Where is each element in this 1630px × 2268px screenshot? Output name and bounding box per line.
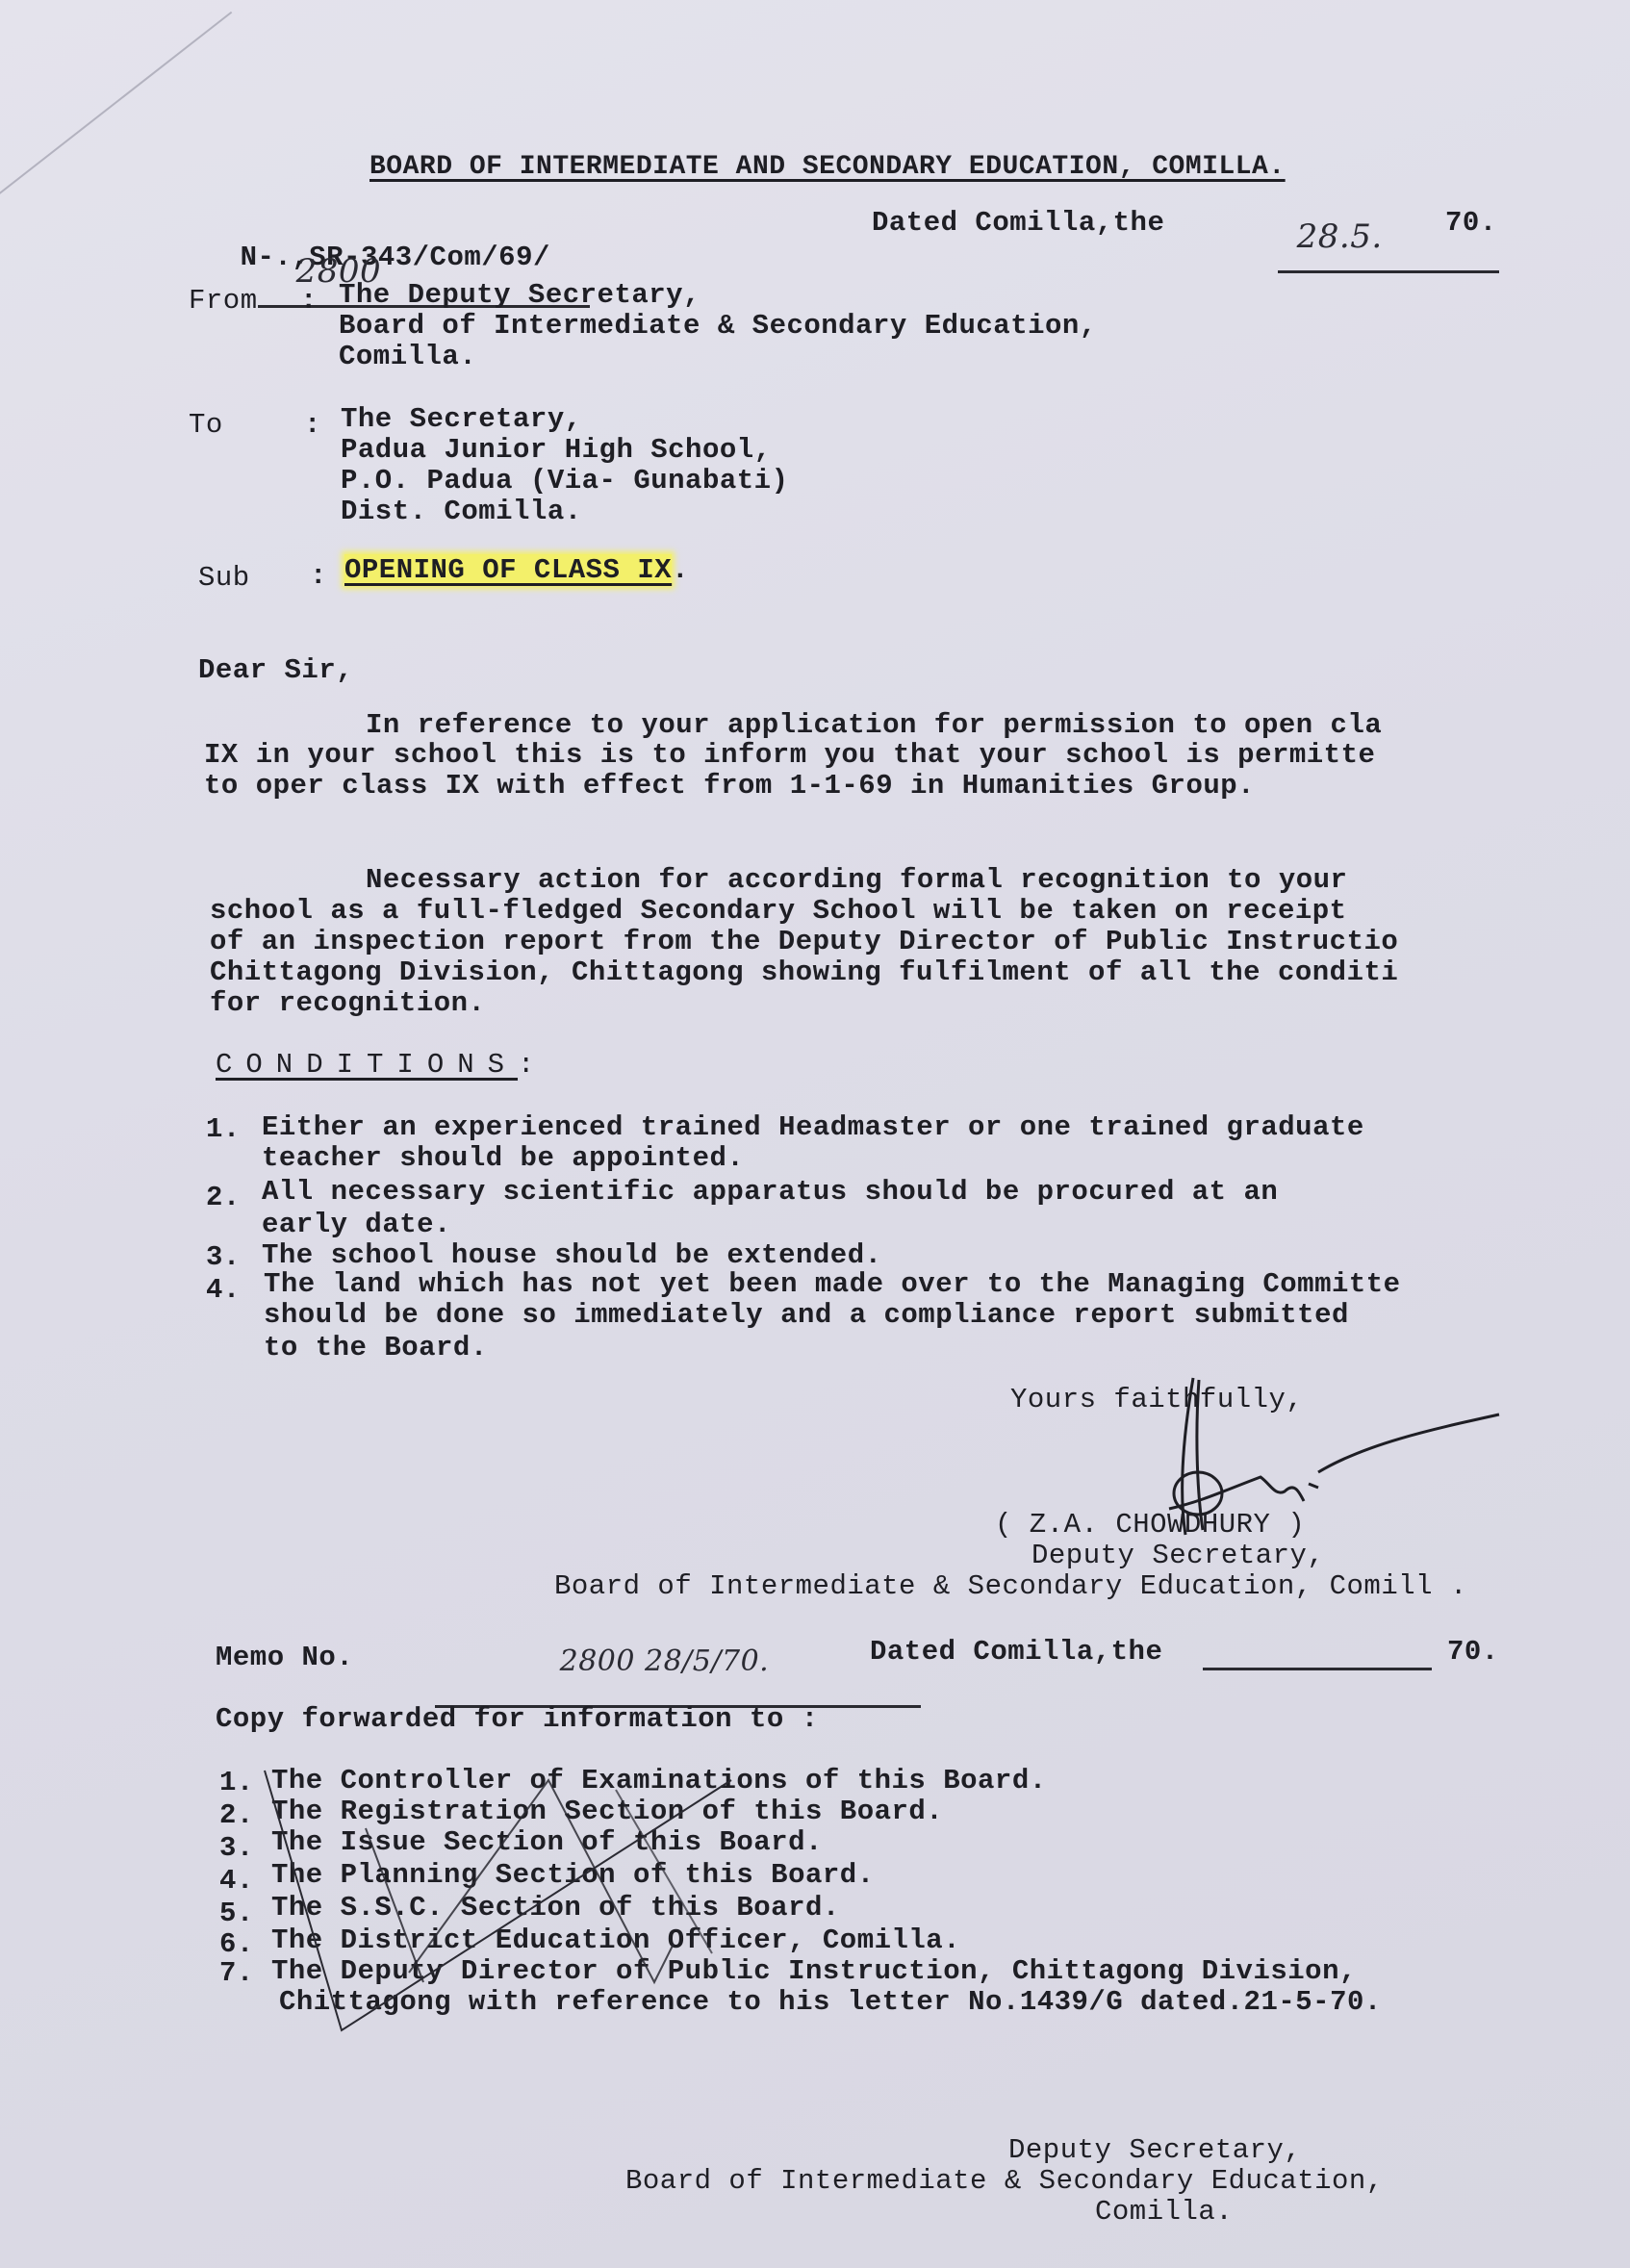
memo-dated-label: Dated Comilla,the xyxy=(870,1636,1162,1668)
to-line-4: Dist. Comilla. xyxy=(341,496,582,527)
condition-1-num: 1. xyxy=(206,1113,241,1145)
condition-1-line-1: Either an experienced trained Headmaster… xyxy=(262,1111,1364,1143)
copy-forwarded-heading: Copy forwarded for information to : xyxy=(216,1703,819,1735)
reference-number: N-.,SR-343/Com/69/ xyxy=(241,242,550,273)
reference-dated-label: Dated Comilla,the xyxy=(872,207,1164,239)
condition-4-num: 4. xyxy=(206,1274,241,1306)
condition-2-line-2: early date. xyxy=(262,1209,451,1240)
salutation: Dear Sir, xyxy=(198,654,353,686)
subject-colon: : xyxy=(310,560,327,592)
condition-4-line-2: should be done so immediately and a comp… xyxy=(264,1299,1349,1331)
condition-2-line-1: All necessary scientific apparatus shoul… xyxy=(262,1176,1278,1208)
signatory-organization: Board of Intermediate & Secondary Educat… xyxy=(554,1570,1467,1602)
condition-4-line-1: The land which has not yet been made ove… xyxy=(264,1268,1401,1300)
subject-label: Sub xyxy=(198,562,250,594)
paragraph-2-line-3: of an inspection report from the Deputy … xyxy=(210,926,1398,957)
to-label: To xyxy=(189,409,223,441)
footer-city: Comilla. xyxy=(1095,2196,1233,2228)
condition-3-num: 3. xyxy=(206,1241,241,1273)
handwritten-date: 28.5. xyxy=(1297,217,1383,256)
footer-designation: Deputy Secretary, xyxy=(1008,2134,1301,2166)
from-colon: : xyxy=(300,285,318,317)
footer-organization: Board of Intermediate & Secondary Educat… xyxy=(625,2165,1384,2197)
subject-line: OPENING OF CLASS IX. xyxy=(344,554,689,586)
date-blank: 28.5. xyxy=(1278,239,1499,273)
reference-year: 70. xyxy=(1445,207,1497,239)
memo-year: 70. xyxy=(1447,1636,1499,1668)
letterhead-title: BOARD OF INTERMEDIATE AND SECONDARY EDUC… xyxy=(369,152,1286,182)
condition-1-line-2: teacher should be appointed. xyxy=(262,1142,744,1174)
from-line-3: Comilla. xyxy=(339,341,476,372)
handwritten-memo-number: 2800 28/5/70. xyxy=(560,1644,770,1678)
subject-text: OPENING OF CLASS IX xyxy=(344,554,672,586)
condition-2-num: 2. xyxy=(206,1182,241,1213)
from-line-2: Board of Intermediate & Secondary Educat… xyxy=(339,310,1097,342)
from-line-1: The Deputy Secretary, xyxy=(339,279,700,311)
memo-date-field xyxy=(1203,1636,1432,1670)
to-colon: : xyxy=(304,409,321,441)
to-line-2: Padua Junior High School, xyxy=(341,434,772,466)
paragraph-2-line-2: school as a full-fledged Secondary Schoo… xyxy=(210,895,1347,927)
from-label: From xyxy=(189,285,258,317)
condition-3-line-1: The school house should be extended. xyxy=(262,1239,882,1271)
memo-date-blank xyxy=(1203,1636,1432,1670)
paragraph-2-line-4: Chittagong Division, Chittagong showing … xyxy=(210,956,1398,988)
to-line-3: P.O. Padua (Via- Gunabati) xyxy=(341,465,788,497)
paragraph-2-line-1: Necessary action for according formal re… xyxy=(366,864,1347,896)
condition-4-line-3: to the Board. xyxy=(264,1332,488,1363)
signatory-name: ( Z.A. CHOWDHURY ) xyxy=(995,1509,1305,1541)
signatory-designation: Deputy Secretary, xyxy=(1031,1540,1324,1571)
paper-crease xyxy=(0,12,232,209)
memo-label: Memo No. xyxy=(216,1642,353,1673)
conditions-heading-text: CONDITIONS xyxy=(216,1049,518,1081)
paragraph-2-line-5: for recognition. xyxy=(210,987,485,1019)
paragraph-1-line-3: to oper class IX with effect from 1-1-69… xyxy=(204,770,1255,802)
paragraph-1-line-1: In reference to your application for per… xyxy=(366,709,1382,741)
handwritten-tick-marks xyxy=(173,1751,1039,2040)
document-page: BOARD OF INTERMEDIATE AND SECONDARY EDUC… xyxy=(0,0,1630,2268)
conditions-heading: CONDITIONS: xyxy=(216,1049,534,1081)
to-line-1: The Secretary, xyxy=(341,403,582,435)
paragraph-1-line-2: IX in your school this is to inform you … xyxy=(204,739,1375,771)
